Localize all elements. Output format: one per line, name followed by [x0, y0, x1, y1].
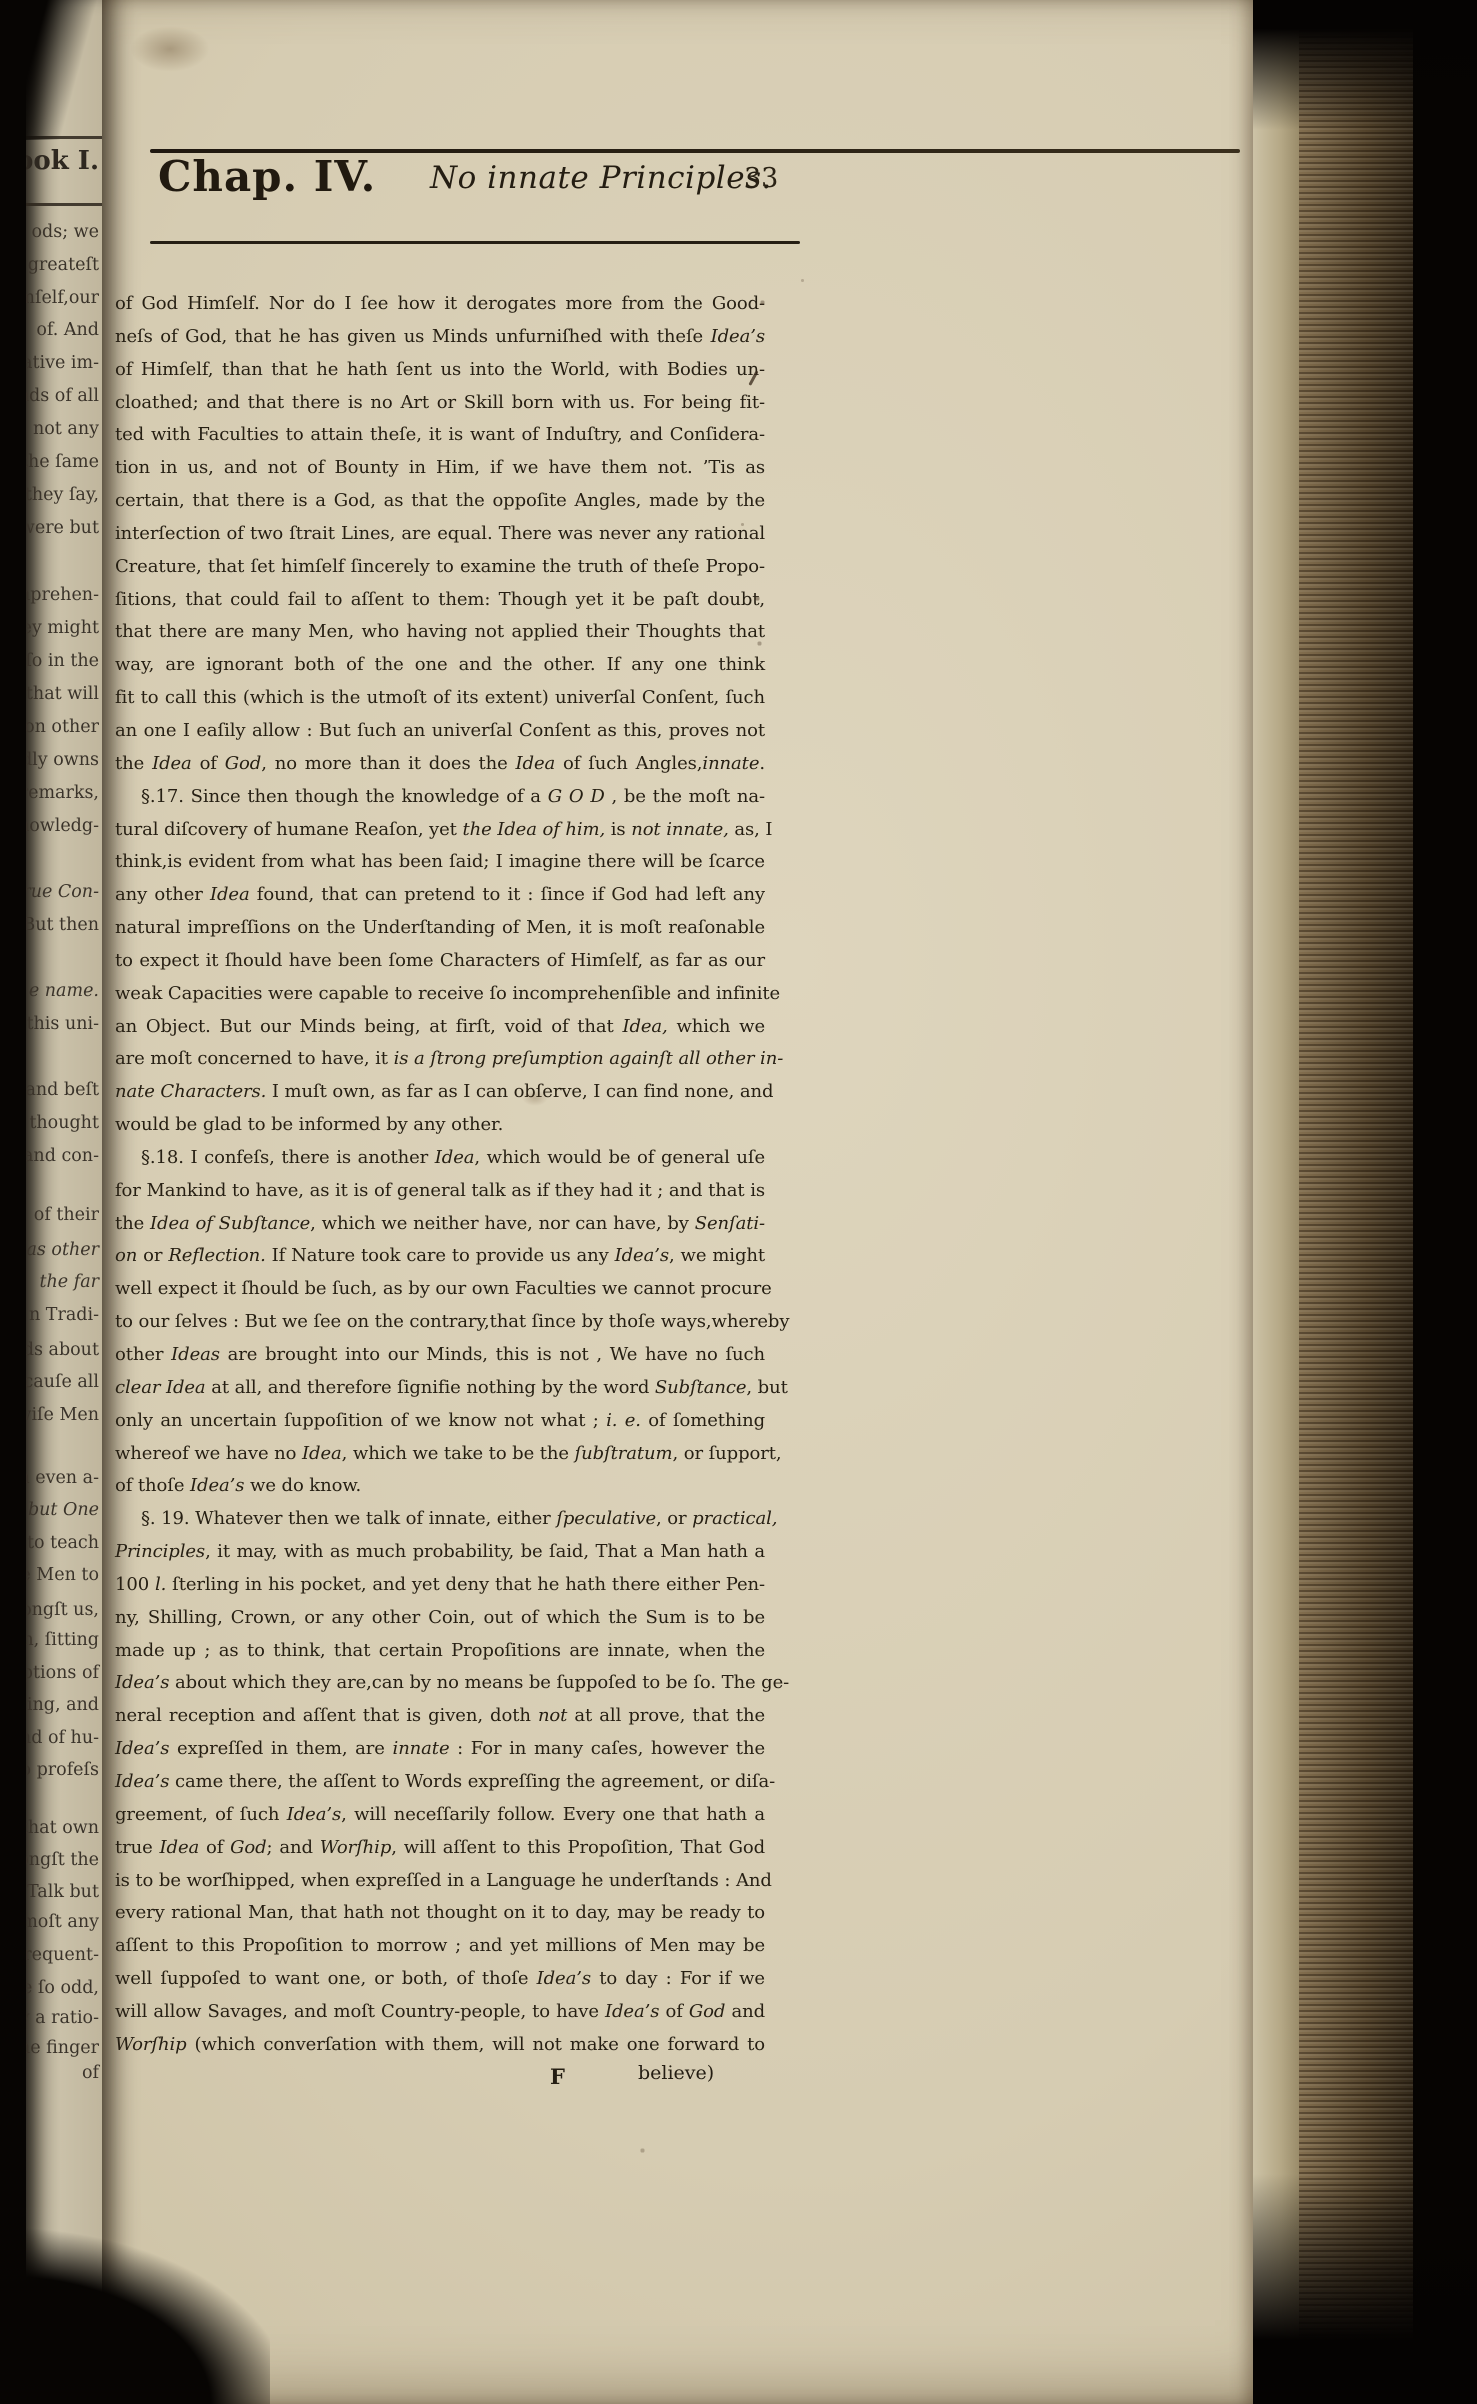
italic-text: God: [689, 2001, 725, 2022]
roman-text: , or ſupport,: [672, 1443, 781, 1464]
body-line: aſſent to this Propoſition to morrow ; a…: [115, 1930, 765, 1963]
roman-text: will allow Savages, and moſt Country-peo…: [115, 2001, 605, 2022]
margin-fragment: But then: [26, 915, 99, 935]
body-line: fit to call this (which is the utmoſt of…: [115, 682, 765, 715]
italic-text: Principles: [115, 1541, 205, 1562]
margin-fragment: they ſay,: [26, 485, 99, 505]
margin-fragment: not any: [33, 419, 99, 439]
body-line: other Ideas are brought into our Minds, …: [115, 1339, 765, 1372]
italic-text: G O D: [548, 786, 605, 807]
italic-text: Idea’s: [615, 1245, 669, 1266]
paragraph: of God Himſelf. Nor do I ſee how it dero…: [115, 288, 765, 781]
italic-text: Idea’s: [190, 1475, 244, 1496]
roman-text: 100: [115, 1574, 155, 1595]
roman-text: made up ; as to think, that certain Prop…: [115, 1640, 765, 1661]
margin-fragment: and of hu-: [26, 1728, 99, 1748]
roman-text: ſitions, that could fail to aſſent to th…: [115, 589, 765, 610]
body-line: to expect it ſhould have been ſome Chara…: [115, 945, 765, 978]
margin-fragment: ative im-: [26, 353, 99, 373]
body-line: ny, Shilling, Crown, or any other Coin, …: [115, 1602, 765, 1635]
roman-text: only an uncertain ſuppoſition of we know…: [115, 1410, 606, 1431]
margin-fragment: this uni-: [27, 1014, 100, 1034]
italic-text: ſpeculative: [556, 1508, 656, 1529]
paragraph: §.18. I confeſs, there is another Idea, …: [115, 1142, 765, 1503]
body-line: of Himſelf, than that he hath ſent us in…: [115, 354, 765, 387]
shadow-bottom-right: [1253, 2174, 1477, 2404]
italic-text: Ideas: [171, 1344, 220, 1365]
margin-fragment: almoſt any: [26, 1912, 99, 1932]
facing-page-rule-bottom: [26, 203, 102, 206]
paragraph: §.17. Since then though the knowledge of…: [115, 781, 765, 1142]
body-line: an one I eaſily allow : But ſuch an univ…: [115, 715, 765, 748]
roman-text: Creature, that ſet himſelf ſincerely to …: [115, 556, 765, 577]
roman-text: to our ſelves : But we ſee on the contra…: [115, 1311, 789, 1332]
margin-fragment: mſelf,our: [26, 288, 99, 308]
roman-text: or: [137, 1245, 168, 1266]
italic-text: Idea’s: [605, 2001, 659, 2022]
roman-text: , will aſſent to this Propoſition, That …: [391, 1837, 765, 1858]
margin-fragment: as other: [26, 1240, 99, 1260]
page-block-edge: [1299, 0, 1413, 2404]
italic-text: Idea: [516, 753, 556, 774]
body-line: whereof we have no Idea, which we take t…: [115, 1438, 765, 1471]
body-line: cloathed; and that there is no Art or Sk…: [115, 387, 765, 420]
body-line: on or Reflection. If Nature took care to…: [115, 1240, 765, 1273]
margin-fragment: but One: [28, 1500, 99, 1520]
italic-text: Worſhip: [115, 2034, 187, 2055]
roman-text: of: [659, 2001, 689, 2022]
roman-text: fit to call this (which is the utmoſt of…: [115, 687, 765, 708]
roman-text: is to be worſhipped, when expreſſed in a…: [115, 1870, 772, 1891]
body-line: §. 19. Whatever then we talk of innate, …: [115, 1503, 765, 1536]
roman-text: to expect it ſhould have been ſome Chara…: [115, 950, 765, 971]
margin-fragment: edly owns: [26, 750, 99, 770]
body-line: an Object. But our Minds being, at firſt…: [115, 1011, 765, 1044]
roman-text: an one I eaſily allow : But ſuch an univ…: [115, 720, 765, 741]
body-line: to our ſelves : But we ſee on the contra…: [115, 1306, 765, 1339]
italic-text: Idea,: [622, 1016, 667, 1037]
italic-text: Idea’s: [115, 1738, 169, 1759]
roman-text: to day : For if we: [591, 1968, 765, 1989]
body-line: are moſt concerned to have, it is a ſtro…: [115, 1043, 765, 1076]
body-line: think,is evident from what has been ſaid…: [115, 846, 765, 879]
margin-fragment: and beſt: [26, 1080, 99, 1100]
body-line: nate Characters. I muſt own, as far as I…: [115, 1076, 765, 1109]
roman-text: the: [115, 1213, 150, 1234]
roman-text: well expect it ſhould be ſuch, as by our…: [115, 1278, 772, 1299]
italic-text: God: [230, 1837, 266, 1858]
roman-text: as, I: [729, 819, 773, 840]
roman-text: , which we neither have, nor can have, b…: [310, 1213, 695, 1234]
body-line: will allow Savages, and moſt Country-peo…: [115, 1996, 765, 2029]
italic-text: Idea: [152, 753, 192, 774]
body-line: Creature, that ſet himſelf ſincerely to …: [115, 551, 765, 584]
margin-fragment: wiſe Men: [26, 1405, 99, 1425]
margin-fragment: of: [82, 2063, 99, 2083]
margin-fragment: tion other: [26, 717, 99, 737]
roman-text: whereof we have no: [115, 1443, 302, 1464]
body-line: is to be worſhipped, when expreſſed in a…: [115, 1865, 765, 1898]
italic-text: nate Characters.: [115, 1081, 266, 1102]
roman-text: aſſent to this Propoſition to morrow ; a…: [115, 1935, 765, 1956]
roman-text: found, that can pretend to it : ſince if…: [250, 884, 765, 905]
italic-text: not innate,: [631, 819, 729, 840]
roman-text: §.18. I confeſs, there is another: [141, 1147, 435, 1168]
roman-text: and: [725, 2001, 765, 2022]
body-line: only an uncertain ſuppoſition of we know…: [115, 1405, 765, 1438]
roman-text: : For in many caſes, however the: [450, 1738, 766, 1759]
margin-fragment: ds about: [26, 1340, 99, 1360]
roman-text: we do know.: [244, 1475, 361, 1496]
roman-text: , we might: [669, 1245, 765, 1266]
paper-stain: [130, 26, 210, 72]
margin-fragment: that will: [26, 684, 99, 704]
italic-text: practical,: [692, 1508, 777, 1529]
roman-text: , or: [656, 1508, 692, 1529]
margin-fragment: remarks,: [26, 783, 99, 803]
body-line: certain, that there is a God, as that th…: [115, 485, 765, 518]
running-title: No innate Principles.: [430, 160, 772, 196]
body-line: §.18. I confeſs, there is another Idea, …: [115, 1142, 765, 1175]
margin-fragment: h that own: [26, 1818, 99, 1838]
italic-text: innate: [393, 1738, 450, 1759]
roman-text: would be glad to be informed by any othe…: [115, 1114, 503, 1135]
body-line: neſs of God, that he has given us Minds …: [115, 321, 765, 354]
margin-fragment: of their: [34, 1205, 99, 1225]
roman-text: every rational Man, that hath not though…: [115, 1902, 765, 1923]
margin-fragment: ongſt us,: [26, 1600, 99, 1620]
margin-fragment: h even a-: [26, 1468, 99, 1488]
margin-fragment: Talk but: [27, 1882, 99, 1902]
body-line: of God Himſelf. Nor do I ſee how it dero…: [115, 288, 765, 321]
body-line: interſection of two ſtrait Lines, are eq…: [115, 518, 765, 551]
roman-text: any other: [115, 884, 210, 905]
italic-text: Reflection.: [168, 1245, 265, 1266]
body-line: neral reception and aſſent that is given…: [115, 1700, 765, 1733]
italic-text: Idea’s: [287, 1804, 341, 1825]
body-line: tural diſcovery of humane Reaſon, yet th…: [115, 814, 765, 847]
roman-text: are moſt concerned to have, it: [115, 1048, 394, 1069]
roman-text: cloathed; and that there is no Art or Sk…: [115, 392, 765, 413]
body-line: of thoſe Idea’s we do know.: [115, 1470, 765, 1503]
italic-text: innate: [702, 753, 759, 774]
body-line: §.17. Since then though the knowledge of…: [115, 781, 765, 814]
book-page: Chap. IV. No innate Principles. 33 of Go…: [102, 0, 1253, 2404]
body-line: for Mankind to have, as it is of general…: [115, 1175, 765, 1208]
roman-text: certain, that there is a God, as that th…: [115, 490, 765, 511]
roman-text: is: [605, 819, 631, 840]
roman-text: well ſuppoſed to want one, or both, of t…: [115, 1968, 537, 1989]
italic-text: Subſtance: [655, 1377, 747, 1398]
roman-text: other: [115, 1344, 171, 1365]
roman-text: interſection of two ſtrait Lines, are eq…: [115, 523, 765, 544]
roman-text: for Mankind to have, as it is of general…: [115, 1180, 765, 1201]
roman-text: .: [759, 753, 765, 774]
roman-text: ny, Shilling, Crown, or any other Coin, …: [115, 1607, 765, 1628]
shadow-bottom-left: [0, 2222, 270, 2404]
roman-text: neral reception and aſſent that is given…: [115, 1705, 538, 1726]
margin-fragment: by a ratio-: [26, 2008, 99, 2028]
body-line: true Idea of God; and Worſhip, will aſſe…: [115, 1832, 765, 1865]
italic-text: Senſati-: [695, 1213, 765, 1234]
chapter-heading: Chap. IV.: [158, 152, 376, 201]
roman-text: , which we take to be the: [342, 1443, 575, 1464]
roman-text: at all prove, that the: [567, 1705, 765, 1726]
margin-fragment: true Con-: [26, 882, 99, 902]
roman-text: are brought into our Minds, this is not …: [220, 1344, 765, 1365]
margin-fragment: y thought: [26, 1113, 99, 1133]
catchword: believe): [638, 2062, 714, 2084]
roman-text: weak Capacities were capable to receive …: [115, 983, 780, 1004]
roman-text: If Nature took care to provide us any: [266, 1245, 615, 1266]
margin-fragment: of. And: [36, 320, 99, 340]
body-line: clear Idea at all, and therefore ſignifi…: [115, 1372, 765, 1405]
italic-text: Idea: [210, 884, 250, 905]
roman-text: an Object. But our Minds being, at firſt…: [115, 1016, 622, 1037]
roman-text: I muſt own, as far as I can obſerve, I c…: [266, 1081, 773, 1102]
margin-fragment: mprehen-: [26, 585, 99, 605]
body-line: Worſhip (which converſation with them, w…: [115, 2029, 765, 2062]
body-line: the Idea of God, no more than it does th…: [115, 748, 765, 781]
body-line: ted with Faculties to attain theſe, it i…: [115, 419, 765, 452]
fore-edge: [1253, 0, 1299, 2404]
roman-text: natural impreſſions on the Underſtanding…: [115, 917, 765, 938]
italic-text: Worſhip: [320, 1837, 392, 1858]
roman-text: ted with Faculties to attain theſe, it i…: [115, 424, 765, 445]
book-scan: ook I. ods; wegreateſtmſelf,ourof. Andat…: [0, 0, 1477, 2404]
italic-text: Idea’s: [711, 326, 765, 347]
roman-text: about which they are,can by no means be …: [169, 1672, 789, 1693]
roman-text: ; and: [267, 1837, 320, 1858]
roman-text: of: [199, 1837, 230, 1858]
italic-text: Idea’s: [537, 1968, 591, 1989]
body-line: weak Capacities were capable to receive …: [115, 978, 765, 1011]
body-line: Principles, it may, with as much probabi…: [115, 1536, 765, 1569]
roman-text: that there are many Men, who having not …: [115, 621, 765, 642]
roman-text: of thoſe: [115, 1475, 190, 1496]
paragraph: §. 19. Whatever then we talk of innate, …: [115, 1503, 765, 2061]
margin-fragment: mongſt the: [26, 1850, 99, 1870]
roman-text: tion in us, and not of Bounty in Him, if…: [115, 457, 765, 478]
body-line: would be glad to be informed by any othe…: [115, 1109, 765, 1142]
roman-text: of ſomething: [641, 1410, 765, 1431]
margin-fragment: n Tradi-: [29, 1305, 99, 1325]
page-number: 33: [744, 163, 778, 194]
margin-fragment: the far: [40, 1272, 100, 1292]
body-line: ſitions, that could fail to aſſent to th…: [115, 584, 765, 617]
margin-fragment: ho profeſs: [26, 1760, 99, 1780]
margin-fragment: e frequent-: [26, 1945, 99, 1965]
italic-text: ſubſtratum: [575, 1443, 673, 1464]
body-line: Idea’s came there, the aſſent to Words e…: [115, 1766, 765, 1799]
body-line: any other Idea found, that can pretend t…: [115, 879, 765, 912]
facing-page-running-header: ook I.: [26, 146, 99, 176]
body-line: 100 l. ſterling in his pocket, and yet d…: [115, 1569, 765, 1602]
background-surround: [1413, 0, 1477, 2404]
roman-text: at all, and therefore ſignifie nothing b…: [206, 1377, 655, 1398]
body-line: greement, of ſuch Idea’s, will neceſſari…: [115, 1799, 765, 1832]
roman-text: came there, the aſſent to Words expreſſi…: [169, 1771, 775, 1792]
roman-text: ſterling in his pocket, and yet deny tha…: [166, 1574, 765, 1595]
roman-text: §.17. Since then though the knowledge of…: [141, 786, 548, 807]
body-line: well expect it ſhould be ſuch, as by our…: [115, 1273, 765, 1306]
italic-text: Idea’s: [115, 1771, 169, 1792]
margin-fragment: nds of all: [26, 386, 99, 406]
roman-text: of ſuch Angles,: [555, 753, 702, 774]
margin-fragment: e name.: [29, 981, 99, 1001]
roman-text: way, are ignorant both of the one and th…: [115, 654, 765, 675]
body-line: tion in us, and not of Bounty in Him, if…: [115, 452, 765, 485]
shadow-top-right: [1253, 0, 1477, 130]
body-line: well ſuppoſed to want one, or both, of t…: [115, 1963, 765, 1996]
body-line: way, are ignorant both of the one and th…: [115, 649, 765, 682]
margin-fragment: and con-: [26, 1146, 99, 1166]
roman-text: , be the moſt na-: [605, 786, 765, 807]
body-line: the Idea of Subſtance, which we neither …: [115, 1208, 765, 1241]
margin-fragment: nowledg-: [26, 816, 99, 836]
italic-text: clear Idea: [115, 1377, 206, 1398]
body-line: Idea’s expreſſed in them, are innate : F…: [115, 1733, 765, 1766]
margin-fragment: eptions of: [26, 1663, 99, 1683]
italic-text: the Idea of him,: [462, 819, 605, 840]
italic-text: Idea: [435, 1147, 475, 1168]
italic-text: i. e.: [606, 1410, 641, 1431]
roman-text: tural diſcovery of humane Reaſon, yet: [115, 819, 462, 840]
roman-text: , it may, with as much probability, be ſ…: [205, 1541, 765, 1562]
margin-fragment: are ſo odd,: [26, 1978, 99, 1998]
italic-text: Idea: [302, 1443, 342, 1464]
margin-fragment: vning, and: [26, 1695, 99, 1715]
roman-text: expreſſed in them, are: [169, 1738, 392, 1759]
roman-text: of Himſelf, than that he hath ſent us in…: [115, 359, 765, 380]
signature-mark: F: [550, 2064, 565, 2089]
margin-fragment: y the finger: [26, 2038, 99, 2058]
roman-text: , no more than it does the: [261, 753, 515, 774]
margin-fragment: ods; we: [31, 222, 99, 242]
margin-fragment: the ſame: [26, 452, 99, 472]
roman-text: the: [115, 753, 152, 774]
italic-text: Idea: [160, 1837, 200, 1858]
facing-page-edge: ook I. ods; wegreateſtmſelf,ourof. Andat…: [26, 0, 102, 2404]
margin-fragment: ecauſe all: [26, 1372, 99, 1392]
roman-text: greement, of ſuch: [115, 1804, 287, 1825]
header-rule-bottom: [150, 241, 800, 244]
roman-text: , will neceſſarily follow. Every one tha…: [341, 1804, 765, 1825]
margin-fragment: were but: [26, 518, 99, 538]
roman-text: (which converſation with them, will not …: [187, 2034, 765, 2055]
margin-fragment: to teach: [27, 1533, 99, 1553]
margin-fragment: greateſt: [28, 255, 99, 275]
body-line: natural impreſſions on the Underſtanding…: [115, 912, 765, 945]
roman-text: of: [192, 753, 225, 774]
roman-text: §. 19. Whatever then we talk of innate, …: [141, 1508, 556, 1529]
roman-text: , which would be of general uſe: [474, 1147, 765, 1168]
margin-fragment: ney might: [26, 618, 99, 638]
roman-text: , but: [746, 1377, 787, 1398]
roman-text: of God Himſelf. Nor do I ſee how it dero…: [115, 293, 765, 314]
italic-text: God: [225, 753, 261, 774]
margin-fragment: e ſo in the: [26, 651, 99, 671]
roman-text: true: [115, 1837, 160, 1858]
italic-text: is a ſtrong preſumption againſt all othe…: [394, 1048, 784, 1069]
body-line: every rational Man, that hath not though…: [115, 1897, 765, 1930]
body-text: of God Himſelf. Nor do I ſee how it dero…: [115, 288, 765, 2062]
roman-text: neſs of God, that he has given us Minds …: [115, 326, 711, 347]
italic-text: Idea of Subſtance: [150, 1213, 310, 1234]
paper-stain: [522, 1090, 548, 1106]
body-line: Idea’s about which they are,can by no me…: [115, 1667, 765, 1700]
italic-text: on: [115, 1245, 137, 1266]
ink-speck-marks: [102, 0, 103, 1]
margin-fragment: n, ſitting: [26, 1630, 99, 1650]
body-line: that there are many Men, who having not …: [115, 616, 765, 649]
margin-fragment: e Men to: [26, 1565, 99, 1585]
italic-text: l.: [155, 1574, 166, 1595]
body-line: made up ; as to think, that certain Prop…: [115, 1635, 765, 1668]
roman-text: which we: [668, 1016, 765, 1037]
italic-text: not: [538, 1705, 567, 1726]
roman-text: think,is evident from what has been ſaid…: [115, 851, 765, 872]
italic-text: Idea’s: [115, 1672, 169, 1693]
